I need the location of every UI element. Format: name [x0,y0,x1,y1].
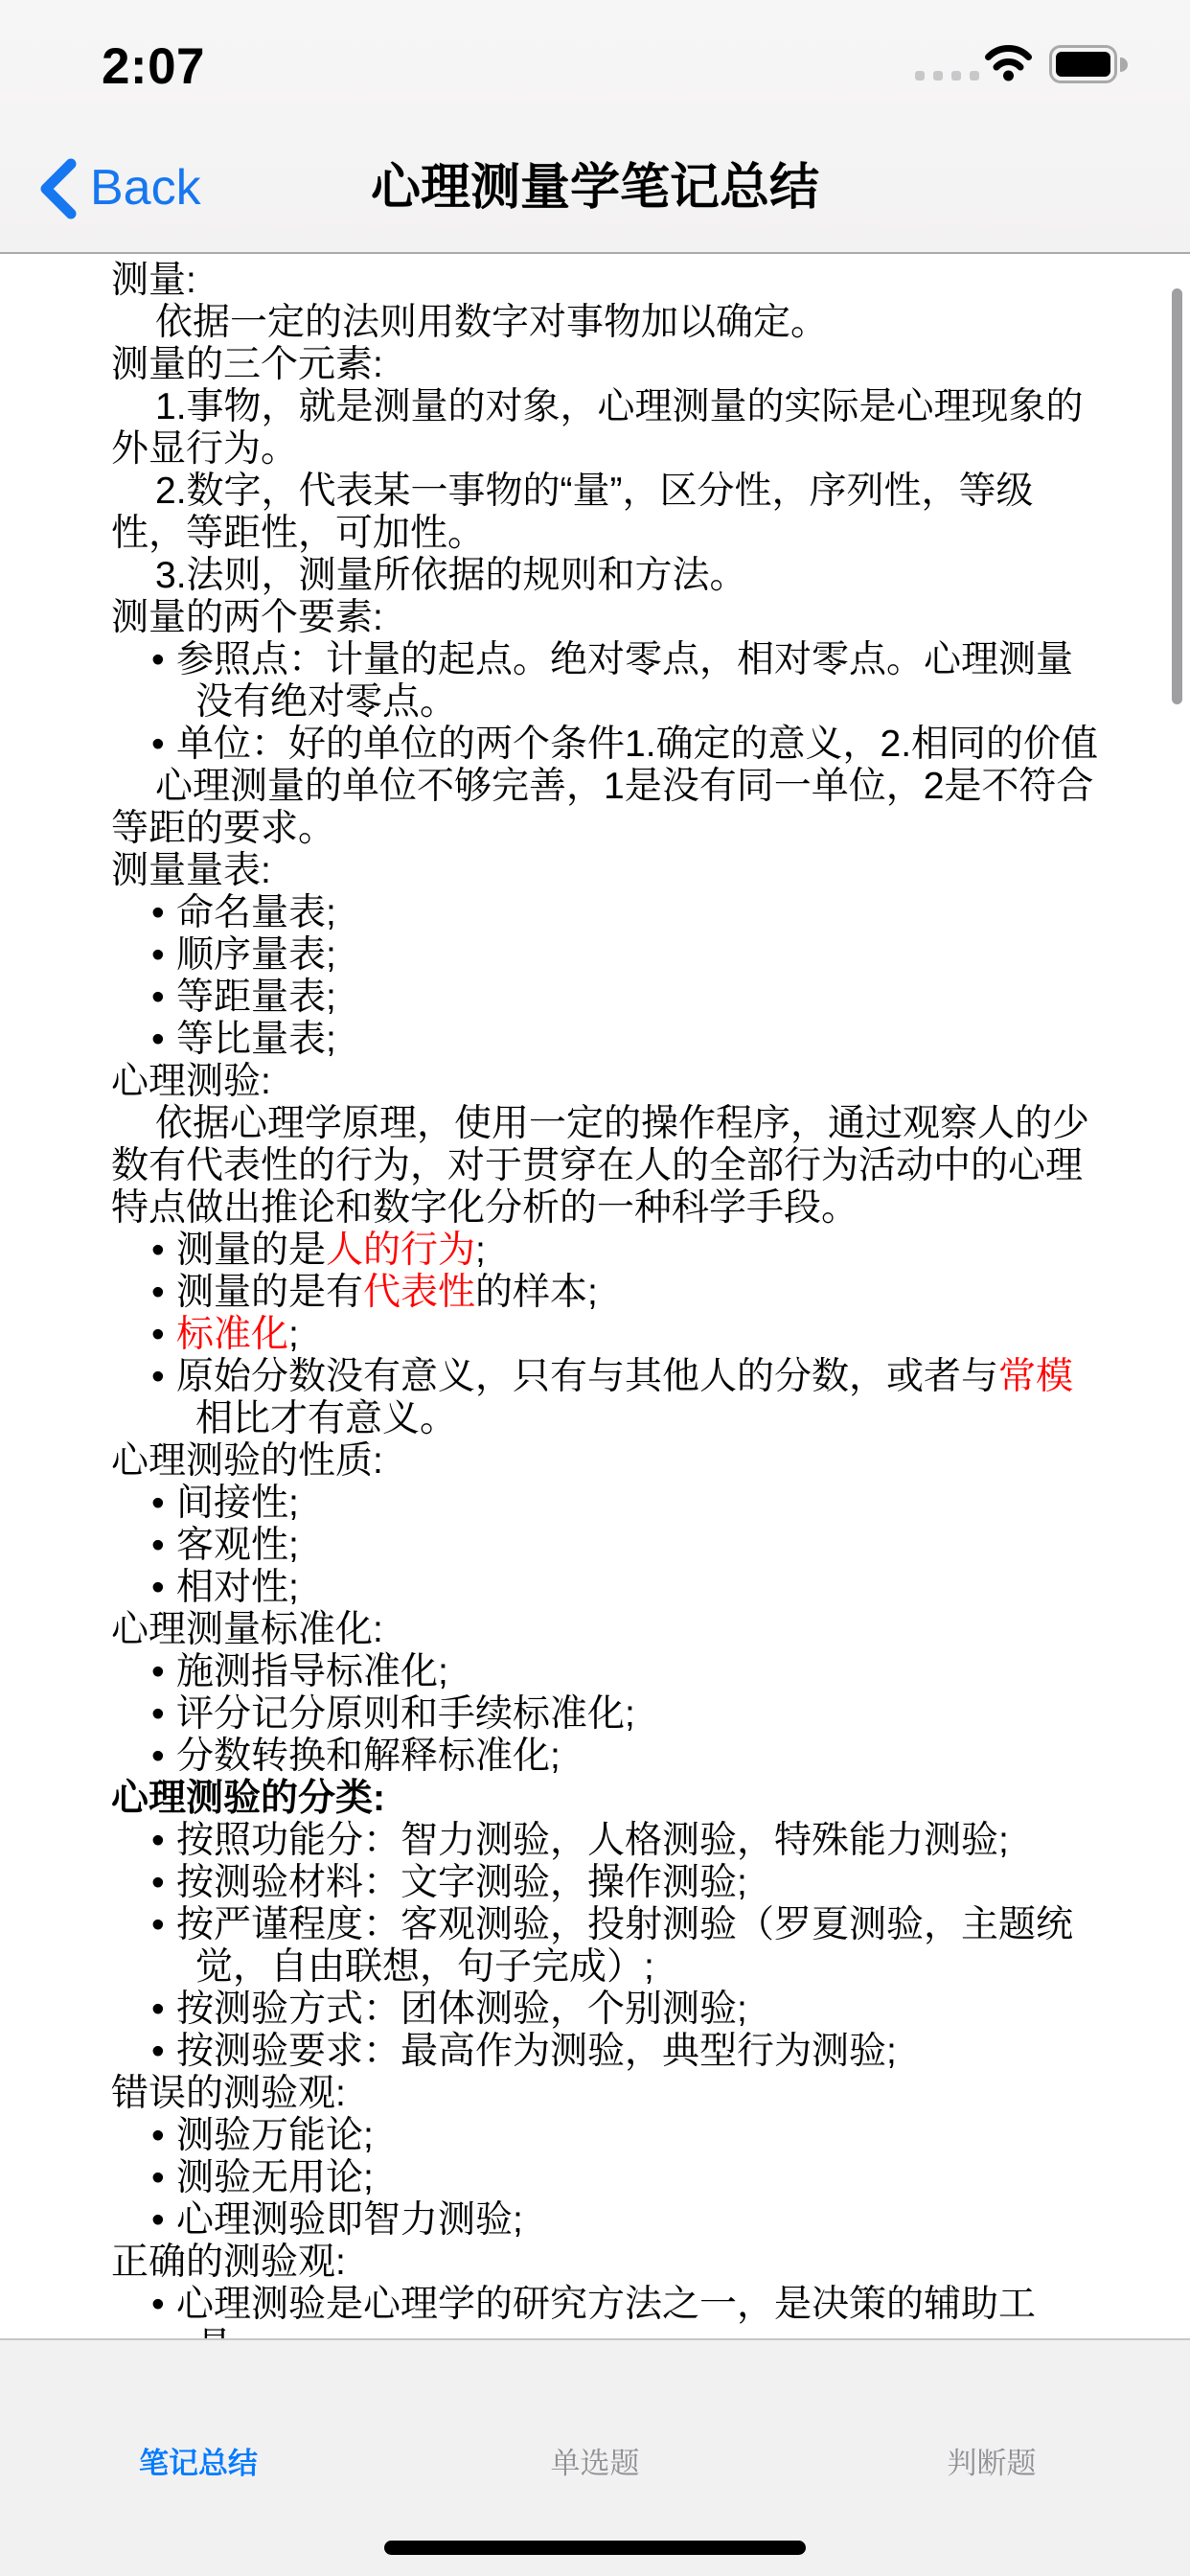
text: 性，等距性，可加性。 [111,513,485,554]
screen: 2:07 Back 心理测量学笔记总结 [0,0,1190,2576]
text: 参照点：计量的起点。绝对零点，相对零点。心理测量 [176,639,1073,680]
content-line: •测量的是人的行为; [0,1230,1190,1272]
bullet-dot: • [151,1693,176,1736]
content-area[interactable]: 测量:依据一定的法则用数字对事物加以确定。测量的三个元素:1.事物，就是测量的对… [0,254,1190,2338]
content-line: •心理测验是心理学的研究方法之一，是决策的辅助工 [0,2284,1190,2326]
content-line: 3.法则，测量所依据的规则和方法。 [0,555,1190,597]
battery-level [1056,52,1110,77]
content-line: •等比量表; [0,1019,1190,1061]
content-line: 测量的三个元素: [0,344,1190,386]
text: 心理测验即智力测验; [176,2199,523,2241]
bullet-dot: • [151,1314,176,1356]
content-line: •心理测验即智力测验; [0,2199,1190,2242]
highlighted-text: 常模 [998,1356,1073,1397]
text: 没有绝对零点。 [195,681,457,723]
text: 外显行为。 [111,428,298,470]
content-line: •等距量表; [0,977,1190,1019]
text: 数有代表性的行为，对于贯穿在人的全部行为活动中的心理 [111,1145,1083,1186]
text: 客观性; [176,1525,299,1566]
text: 测量的是 [176,1230,326,1271]
content-line: •间接性; [0,1483,1190,1525]
wifi-icon [985,44,1032,86]
content-line: •施测指导标准化; [0,1651,1190,1693]
home-indicator[interactable] [384,2541,806,2555]
content-line: •按照功能分：智力测验，人格测验，特殊能力测验; [0,1820,1190,1862]
content-line: •命名量表; [0,892,1190,934]
content-line: 测量的两个要素: [0,597,1190,639]
page-title: 心理测量学笔记总结 [0,157,1190,218]
bullet-dot: • [151,977,176,1019]
text: 依据心理学原理，使用一定的操作程序，通过观察人的少 [155,1103,1089,1144]
bullet-dot: • [151,724,176,766]
bullet-dot: • [151,639,176,681]
status-time: 2:07 [96,38,211,96]
content-line: 特点做出推论和数字化分析的一种科学手段。 [0,1187,1190,1230]
text: 按测验要求：最高作为测验，典型行为测验; [176,2031,897,2072]
content-line: 错误的测验观: [0,2073,1190,2115]
text: 的样本; [475,1272,598,1313]
text: 心理测量的单位不够完善，1是没有同一单位，2是不符合 [155,766,1093,807]
text: 原始分数没有意义，只有与其他人的分数，或者与 [176,1356,998,1397]
bullet-dot: • [151,2284,176,2326]
battery-icon [1049,45,1117,83]
text: 测量的两个要素: [111,597,383,638]
text: 心理测量标准化: [111,1609,383,1650]
text: 评分记分原则和手续标准化; [176,1693,635,1735]
content-line: •评分记分原则和手续标准化; [0,1693,1190,1736]
bullet-dot: • [151,1989,176,2031]
tab-bar: 笔记总结 单选题 判断题 [0,2338,1190,2576]
content-line: •按测验材料：文字测验，操作测验; [0,1862,1190,1904]
text: 1.事物，就是测量的对象，心理测量的实际是心理现象的 [155,386,1084,427]
text: 心理测验是心理学的研究方法之一，是决策的辅助工 [176,2284,1036,2325]
content-line: •原始分数没有意义，只有与其他人的分数，或者与常模 [0,1356,1190,1398]
content-line: 2.数字，代表某一事物的“量”，区分性，序列性，等级 [0,471,1190,513]
content-line: 觉，自由联想，句子完成）; [0,1946,1190,1989]
bullet-dot: • [151,2157,176,2199]
bullet-dot: • [151,1651,176,1693]
content-line: •按测验方式：团体测验，个别测验; [0,1989,1190,2031]
content-line: 心理测验的分类: [0,1778,1190,1820]
text: ; [475,1230,486,1271]
text: 具; [195,2326,243,2338]
content-line: 心理测量标准化: [0,1609,1190,1651]
content-line: 1.事物，就是测量的对象，心理测量的实际是心理现象的 [0,386,1190,428]
bullet-dot: • [151,1904,176,1946]
scrollbar[interactable] [1172,288,1182,704]
bullet-dot: • [151,1019,176,1061]
text: ; [288,1314,299,1355]
bullet-dot: • [151,2031,176,2073]
text: 按测验材料：文字测验，操作测验; [176,1862,747,1903]
content-line: 性，等距性，可加性。 [0,513,1190,555]
text: 按测验方式：团体测验，个别测验; [176,1989,747,2030]
tab-single-choice[interactable]: 单选题 [397,2442,793,2486]
content-line: •顺序量表; [0,934,1190,977]
text: 2.数字，代表某一事物的“量”，区分性，序列性，等级 [155,471,1034,512]
text: 按照功能分：智力测验，人格测验，特殊能力测验; [176,1820,1009,1861]
content-line: 具; [0,2326,1190,2338]
content-line: 没有绝对零点。 [0,681,1190,724]
text: 测量: [111,260,196,301]
signal-dot [970,71,979,80]
battery-nub [1120,57,1128,72]
bullet-dot: • [151,892,176,934]
text: 心理测验的性质: [111,1440,383,1482]
content-line: 相比才有意义。 [0,1398,1190,1440]
top-bar: 2:07 Back 心理测量学笔记总结 [0,0,1190,254]
text: 错误的测验观: [111,2073,346,2114]
tab-true-false[interactable]: 判断题 [793,2442,1190,2486]
content-line: •参照点：计量的起点。绝对零点，相对零点。心理测量 [0,639,1190,681]
text: 3.法则，测量所依据的规则和方法。 [155,555,747,596]
text: 心理测验: [111,1061,271,1102]
content-line: •单位：好的单位的两个条件1.确定的意义，2.相同的价值 [0,724,1190,766]
content-line: •分数转换和解释标准化; [0,1736,1190,1778]
tab-notes-summary[interactable]: 笔记总结 [0,2442,397,2486]
bullet-dot: • [151,2115,176,2157]
text: 相对性; [176,1567,299,1608]
content-line: 心理测验的性质: [0,1440,1190,1483]
bullet-dot: • [151,1820,176,1862]
text: 相比才有意义。 [195,1398,457,1439]
bullet-dot: • [151,1272,176,1314]
text: 特点做出推论和数字化分析的一种科学手段。 [111,1187,858,1229]
text: 等比量表; [176,1019,336,1060]
highlighted-text: 标准化 [176,1314,288,1355]
content-line: 正确的测验观: [0,2242,1190,2284]
bullet-dot: • [151,1483,176,1525]
text: 测验无用论; [176,2157,374,2198]
bullet-dot: • [151,1525,176,1567]
bullet-dot: • [151,1356,176,1398]
bullet-dot: • [151,1862,176,1904]
text: 施测指导标准化; [176,1651,448,1692]
content-line: 等距的要求。 [0,808,1190,850]
cellular-signal-icon [915,71,979,80]
content-line: 外显行为。 [0,428,1190,471]
bullet-dot: • [151,1736,176,1778]
text: 依据一定的法则用数字对事物加以确定。 [155,302,828,343]
content-line: 心理测量的单位不够完善，1是没有同一单位，2是不符合 [0,766,1190,808]
text: 测量量表: [111,850,271,891]
highlighted-text: 代表性 [363,1272,475,1313]
bullet-dot: • [151,2199,176,2242]
content-line: •客观性; [0,1525,1190,1567]
signal-dot [915,71,925,80]
content-line: •测验万能论; [0,2115,1190,2157]
content-line: •测验无用论; [0,2157,1190,2199]
content-line: •按测验要求：最高作为测验，典型行为测验; [0,2031,1190,2073]
content-line: 数有代表性的行为，对于贯穿在人的全部行为活动中的心理 [0,1145,1190,1187]
content-line: •标准化; [0,1314,1190,1356]
text: 心理测验的分类: [111,1778,385,1819]
text: 测量的三个元素: [111,344,383,385]
content-line: 依据心理学原理，使用一定的操作程序，通过观察人的少 [0,1103,1190,1145]
content-line: •相对性; [0,1567,1190,1609]
content-line: 依据一定的法则用数字对事物加以确定。 [0,302,1190,344]
text: 测量的是有 [176,1272,363,1313]
bullet-dot: • [151,934,176,977]
text: 按严谨程度：客观测验，投射测验（罗夏测验，主题统 [176,1904,1073,1945]
content-line: 测量量表: [0,850,1190,892]
content-line: 心理测验: [0,1061,1190,1103]
bullet-dot: • [151,1567,176,1609]
content-line: 测量: [0,260,1190,302]
signal-dot [951,71,961,80]
text: 觉，自由联想，句子完成）; [195,1946,654,1988]
content-line: •测量的是有代表性的样本; [0,1272,1190,1314]
bullet-dot: • [151,1230,176,1272]
text: 分数转换和解释标准化; [176,1736,561,1777]
content-line: •按严谨程度：客观测验，投射测验（罗夏测验，主题统 [0,1904,1190,1946]
text: 命名量表; [176,892,336,933]
text: 等距量表; [176,977,336,1018]
text: 等距的要求。 [111,808,335,849]
text: 顺序量表; [176,934,336,976]
text: 间接性; [176,1483,299,1524]
text: 测验万能论; [176,2115,374,2156]
text: 正确的测验观: [111,2242,346,2283]
signal-dot [933,71,943,80]
text: 单位：好的单位的两个条件1.确定的意义，2.相同的价值 [176,724,1098,765]
highlighted-text: 人的行为 [326,1230,475,1271]
